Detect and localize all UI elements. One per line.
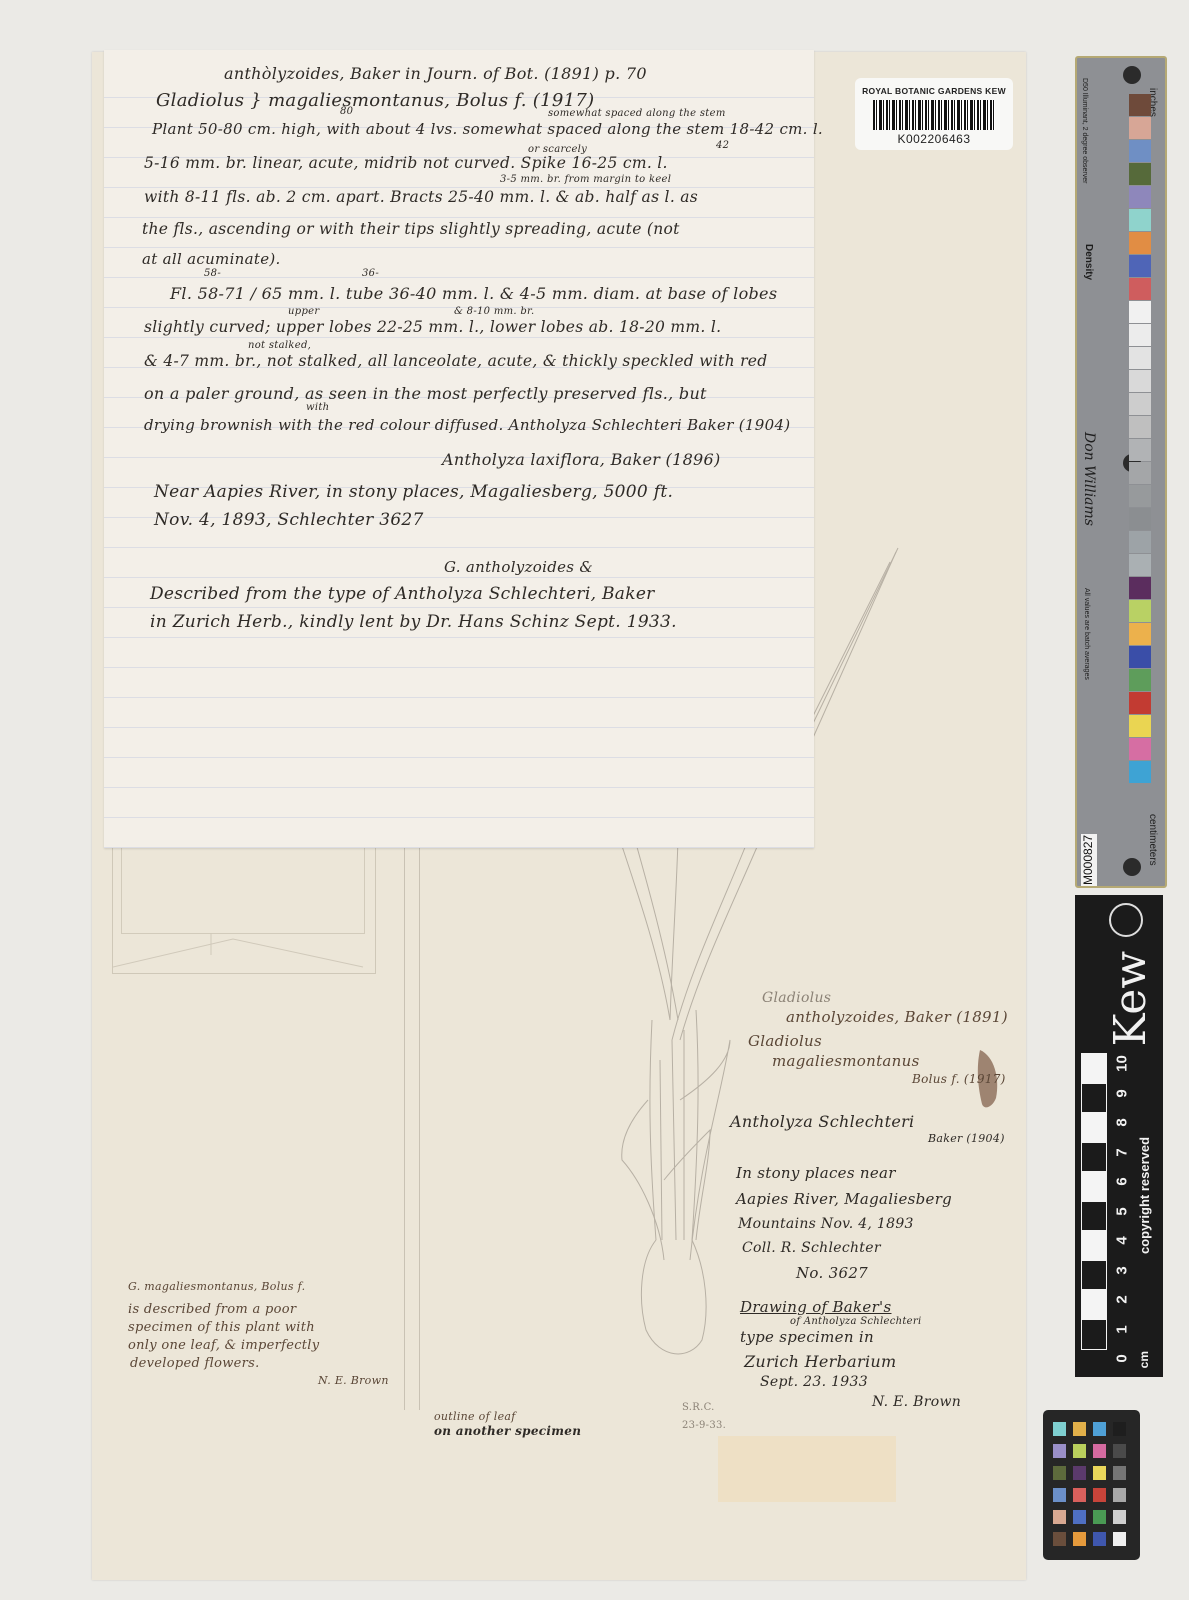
ruler-color-patch [1129, 554, 1151, 576]
scale-number: 1 [1114, 1318, 1131, 1340]
scale-number: 4 [1114, 1230, 1131, 1252]
ruler-density-label: Density [1083, 244, 1094, 280]
color-swatch [1113, 1510, 1126, 1524]
color-swatch [1093, 1532, 1106, 1546]
ruler-color-patch [1129, 692, 1151, 714]
color-swatch [1053, 1466, 1066, 1480]
scale-number: 3 [1114, 1259, 1131, 1281]
color-swatch [1073, 1466, 1086, 1480]
left-note-line-2: is described from a poor [128, 1302, 296, 1317]
card-line-synonym: anthòlyzoides, Baker in Journ. of Bot. (… [224, 64, 647, 83]
kew-logo: Kew [1105, 951, 1156, 1046]
card-line-lobes: slightly curved; upper lobes 22-25 mm. l… [144, 318, 721, 336]
color-swatch [1113, 1422, 1126, 1436]
fragment-packet [112, 838, 376, 974]
packet-fold-lines [113, 839, 375, 973]
label-locality-3: Mountains Nov. 4, 1893 [738, 1216, 914, 1232]
scale-unit: cm [1137, 1351, 1151, 1368]
ruler-color-patch [1129, 485, 1151, 507]
ruler-color-patch [1129, 577, 1151, 599]
ruler-color-patch [1129, 439, 1151, 461]
ruler-color-patch [1129, 600, 1151, 622]
scale-segment [1081, 1142, 1107, 1173]
color-swatch [1113, 1466, 1126, 1480]
ruler-color-patch [1129, 324, 1151, 346]
left-note-line-3: specimen of this plant with [128, 1320, 315, 1335]
ruler-color-patch [1129, 715, 1151, 737]
label-locality-2: Aapies River, Magaliesberg [736, 1190, 952, 1208]
label-name2-species: magaliesmontanus [772, 1052, 920, 1070]
kew-crest-icon [1109, 903, 1143, 937]
color-calibration-ruler: inches D50 Illuminant, 2 degree observer… [1075, 56, 1167, 888]
institution-name: ROYAL BOTANIC GARDENS KEW [855, 86, 1013, 96]
artist-date: 23-9-33. [682, 1420, 726, 1431]
color-swatch [1093, 1466, 1106, 1480]
left-note-line-4: only one leaf, & imperfectly [128, 1338, 319, 1353]
card-described-line2: in Zurich Herb., kindly lent by Dr. Hans… [150, 612, 677, 632]
ruler-color-patch [1129, 646, 1151, 668]
color-swatch [1093, 1488, 1106, 1502]
ruler-hole-bottom [1123, 858, 1141, 876]
card-annotation-with: with [306, 402, 329, 413]
ruler-color-patch [1129, 416, 1151, 438]
card-described-line1: Described from the type of Antholyza Sch… [150, 584, 655, 604]
color-swatch [1113, 1488, 1126, 1502]
handwritten-description-card: anthòlyzoides, Baker in Journ. of Bot. (… [104, 50, 814, 848]
scale-segment [1081, 1112, 1107, 1143]
card-annotation-leaf: somewhat spaced along the stem [548, 108, 726, 119]
ruler-color-patch [1129, 508, 1151, 530]
card-line-ascending: the fls., ascending or with their tips s… [142, 220, 680, 238]
label-name1-genus: Gladiolus [762, 990, 831, 1006]
barcode-label: ROYAL BOTANIC GARDENS KEW K002206463 [855, 78, 1013, 150]
color-swatch [1053, 1510, 1066, 1524]
card-line-lanceolate: & 4-7 mm. br., not stalked, all lanceola… [144, 352, 768, 370]
color-swatch [1073, 1444, 1086, 1458]
card-line-brownish: drying brownish with the red colour diff… [144, 416, 790, 434]
copyright-text: copyright reserved [1137, 1055, 1152, 1335]
ruler-color-patch [1129, 163, 1151, 185]
ruler-color-patch [1129, 462, 1151, 484]
scale-segment [1081, 1171, 1107, 1202]
label-drawing-1: Drawing of Baker's [740, 1298, 891, 1316]
label-number: No. 3627 [796, 1264, 868, 1282]
leaf-outline-note-2: on another specimen [434, 1424, 581, 1438]
label-signature: N. E. Brown [872, 1394, 961, 1410]
card-line-locality: Near Aapies River, in stony places, Maga… [154, 482, 673, 502]
card-line-leaves: 5-16 mm. br. linear, acute, midrib not c… [144, 154, 668, 172]
ruler-values-note: All values are batch averages [1083, 588, 1090, 680]
color-swatch [1053, 1488, 1066, 1502]
ruler-hole-top [1123, 66, 1141, 84]
ruler-color-patch [1129, 140, 1151, 162]
ruler-brand: Don Williams [1081, 432, 1097, 526]
scale-number: 0 [1114, 1348, 1131, 1370]
card-line-flower-length: Fl. 58-71 / 65 mm. l. tube 36-40 mm. l. … [170, 284, 777, 303]
scale-segment [1081, 1260, 1107, 1291]
scale-number: 9 [1114, 1082, 1131, 1104]
scale-segment [1081, 1201, 1107, 1232]
scale-number: 8 [1114, 1112, 1131, 1134]
label-name2-genus: Gladiolus [748, 1032, 822, 1050]
scale-number: 5 [1114, 1200, 1131, 1222]
ruler-side-text: D50 Illuminant, 2 degree observer [1081, 78, 1088, 183]
ruler-color-patch [1129, 278, 1151, 300]
ruler-color-patch [1129, 255, 1151, 277]
left-note-line-5: developed flowers. [130, 1356, 260, 1371]
leaf-outline-note-1: outline of leaf [434, 1410, 516, 1423]
color-swatch [1053, 1444, 1066, 1458]
label-drawing-3: Zurich Herbarium [744, 1352, 896, 1371]
color-swatch-card [1043, 1410, 1140, 1560]
color-chart-id: M000827 [1081, 834, 1097, 886]
card-line-plant: Plant 50-80 cm. high, with about 4 lvs. … [152, 120, 823, 138]
scale-segment [1081, 1319, 1107, 1350]
card-line-laxiflora: Antholyza laxiflora, Baker (1896) [442, 450, 721, 469]
color-swatch [1093, 1422, 1106, 1436]
ruler-color-patch [1129, 94, 1151, 116]
card-annotation-lobe-width: & 8-10 mm. br. [454, 306, 535, 317]
label-locality-1: In stony places near [736, 1164, 896, 1182]
label-name3-author: Baker (1904) [928, 1132, 1005, 1145]
scale-segment [1081, 1230, 1107, 1261]
scale-segment [1081, 1053, 1107, 1084]
label-drawing-2: type specimen in [740, 1328, 874, 1346]
ruler-color-patch [1129, 209, 1151, 231]
color-swatch [1113, 1532, 1126, 1546]
scale-number: 2 [1114, 1289, 1131, 1311]
barcode-number: K002206463 [855, 132, 1013, 146]
card-annotation-80: 80 [340, 106, 353, 117]
card-line-acuminate: at all acuminate). [142, 250, 281, 268]
color-swatch [1053, 1532, 1066, 1546]
card-line-date-collector: Nov. 4, 1893, Schlechter 3627 [154, 510, 424, 530]
scale-segment [1081, 1083, 1107, 1114]
card-annotation-42: 42 [716, 140, 729, 151]
scale-number: 6 [1114, 1171, 1131, 1193]
ruler-color-patch [1129, 738, 1151, 760]
ruler-color-patch [1129, 669, 1151, 691]
stain-mark [718, 1436, 896, 1502]
color-swatch [1073, 1510, 1086, 1524]
artist-initials: S.R.C. [682, 1402, 715, 1413]
card-line-flowers: with 8-11 fls. ab. 2 cm. apart. Bracts 2… [144, 188, 698, 206]
color-swatch [1113, 1444, 1126, 1458]
ruler-color-patch [1129, 301, 1151, 323]
ruler-color-patch [1129, 623, 1151, 645]
color-swatch [1073, 1488, 1086, 1502]
ruler-color-patch [1129, 761, 1151, 783]
color-swatch [1093, 1444, 1106, 1458]
color-swatch [1053, 1422, 1066, 1436]
scale-number: 7 [1114, 1141, 1131, 1163]
scale-segment [1081, 1289, 1107, 1320]
kew-scale-bar: Kew copyright reserved 109876543210 cm [1075, 895, 1163, 1377]
left-note-signature: N. E. Brown [318, 1374, 389, 1387]
label-name3: Antholyza Schlechteri [730, 1112, 914, 1131]
ruler-color-patch [1129, 370, 1151, 392]
label-drawing-insert: of Antholyza Schlechteri [790, 1316, 921, 1327]
ruler-unit-centimeters: centimeters [1147, 814, 1158, 866]
label-name1-species: antholyzoides, Baker (1891) [786, 1008, 1008, 1026]
card-described-insert: G. antholyzoides & [444, 558, 593, 576]
ruler-color-patch [1129, 117, 1151, 139]
card-annotation-58: 58- [204, 268, 221, 279]
label-collector: Coll. R. Schlechter [742, 1240, 881, 1256]
label-name2-author: Bolus f. (1917) [912, 1072, 1006, 1086]
card-annotation-keel: 3-5 mm. br. from margin to keel [500, 174, 671, 185]
ruler-color-patch [1129, 531, 1151, 553]
color-swatch [1073, 1532, 1086, 1546]
ruler-color-patch [1129, 347, 1151, 369]
card-line-paler: on a paler ground, as seen in the most p… [144, 384, 707, 403]
color-swatch [1093, 1510, 1106, 1524]
color-swatch [1073, 1422, 1086, 1436]
card-annotation-36: 36- [362, 268, 379, 279]
left-note-line-1: G. magaliesmontanus, Bolus f. [128, 1280, 305, 1293]
card-line-title: Gladiolus } magaliesmontanus, Bolus f. (… [156, 90, 594, 111]
card-annotation-not-stalked: not stalked, [248, 340, 311, 351]
ruler-color-patch [1129, 232, 1151, 254]
card-annotation-upper: upper [288, 306, 319, 317]
label-drawing-date: Sept. 23. 1933 [760, 1374, 868, 1390]
scale-number: 10 [1114, 1053, 1131, 1075]
ruler-color-patch [1129, 186, 1151, 208]
barcode-icon [873, 100, 995, 130]
ruler-color-patch [1129, 393, 1151, 415]
leaf-outline-drawing [404, 830, 420, 1410]
